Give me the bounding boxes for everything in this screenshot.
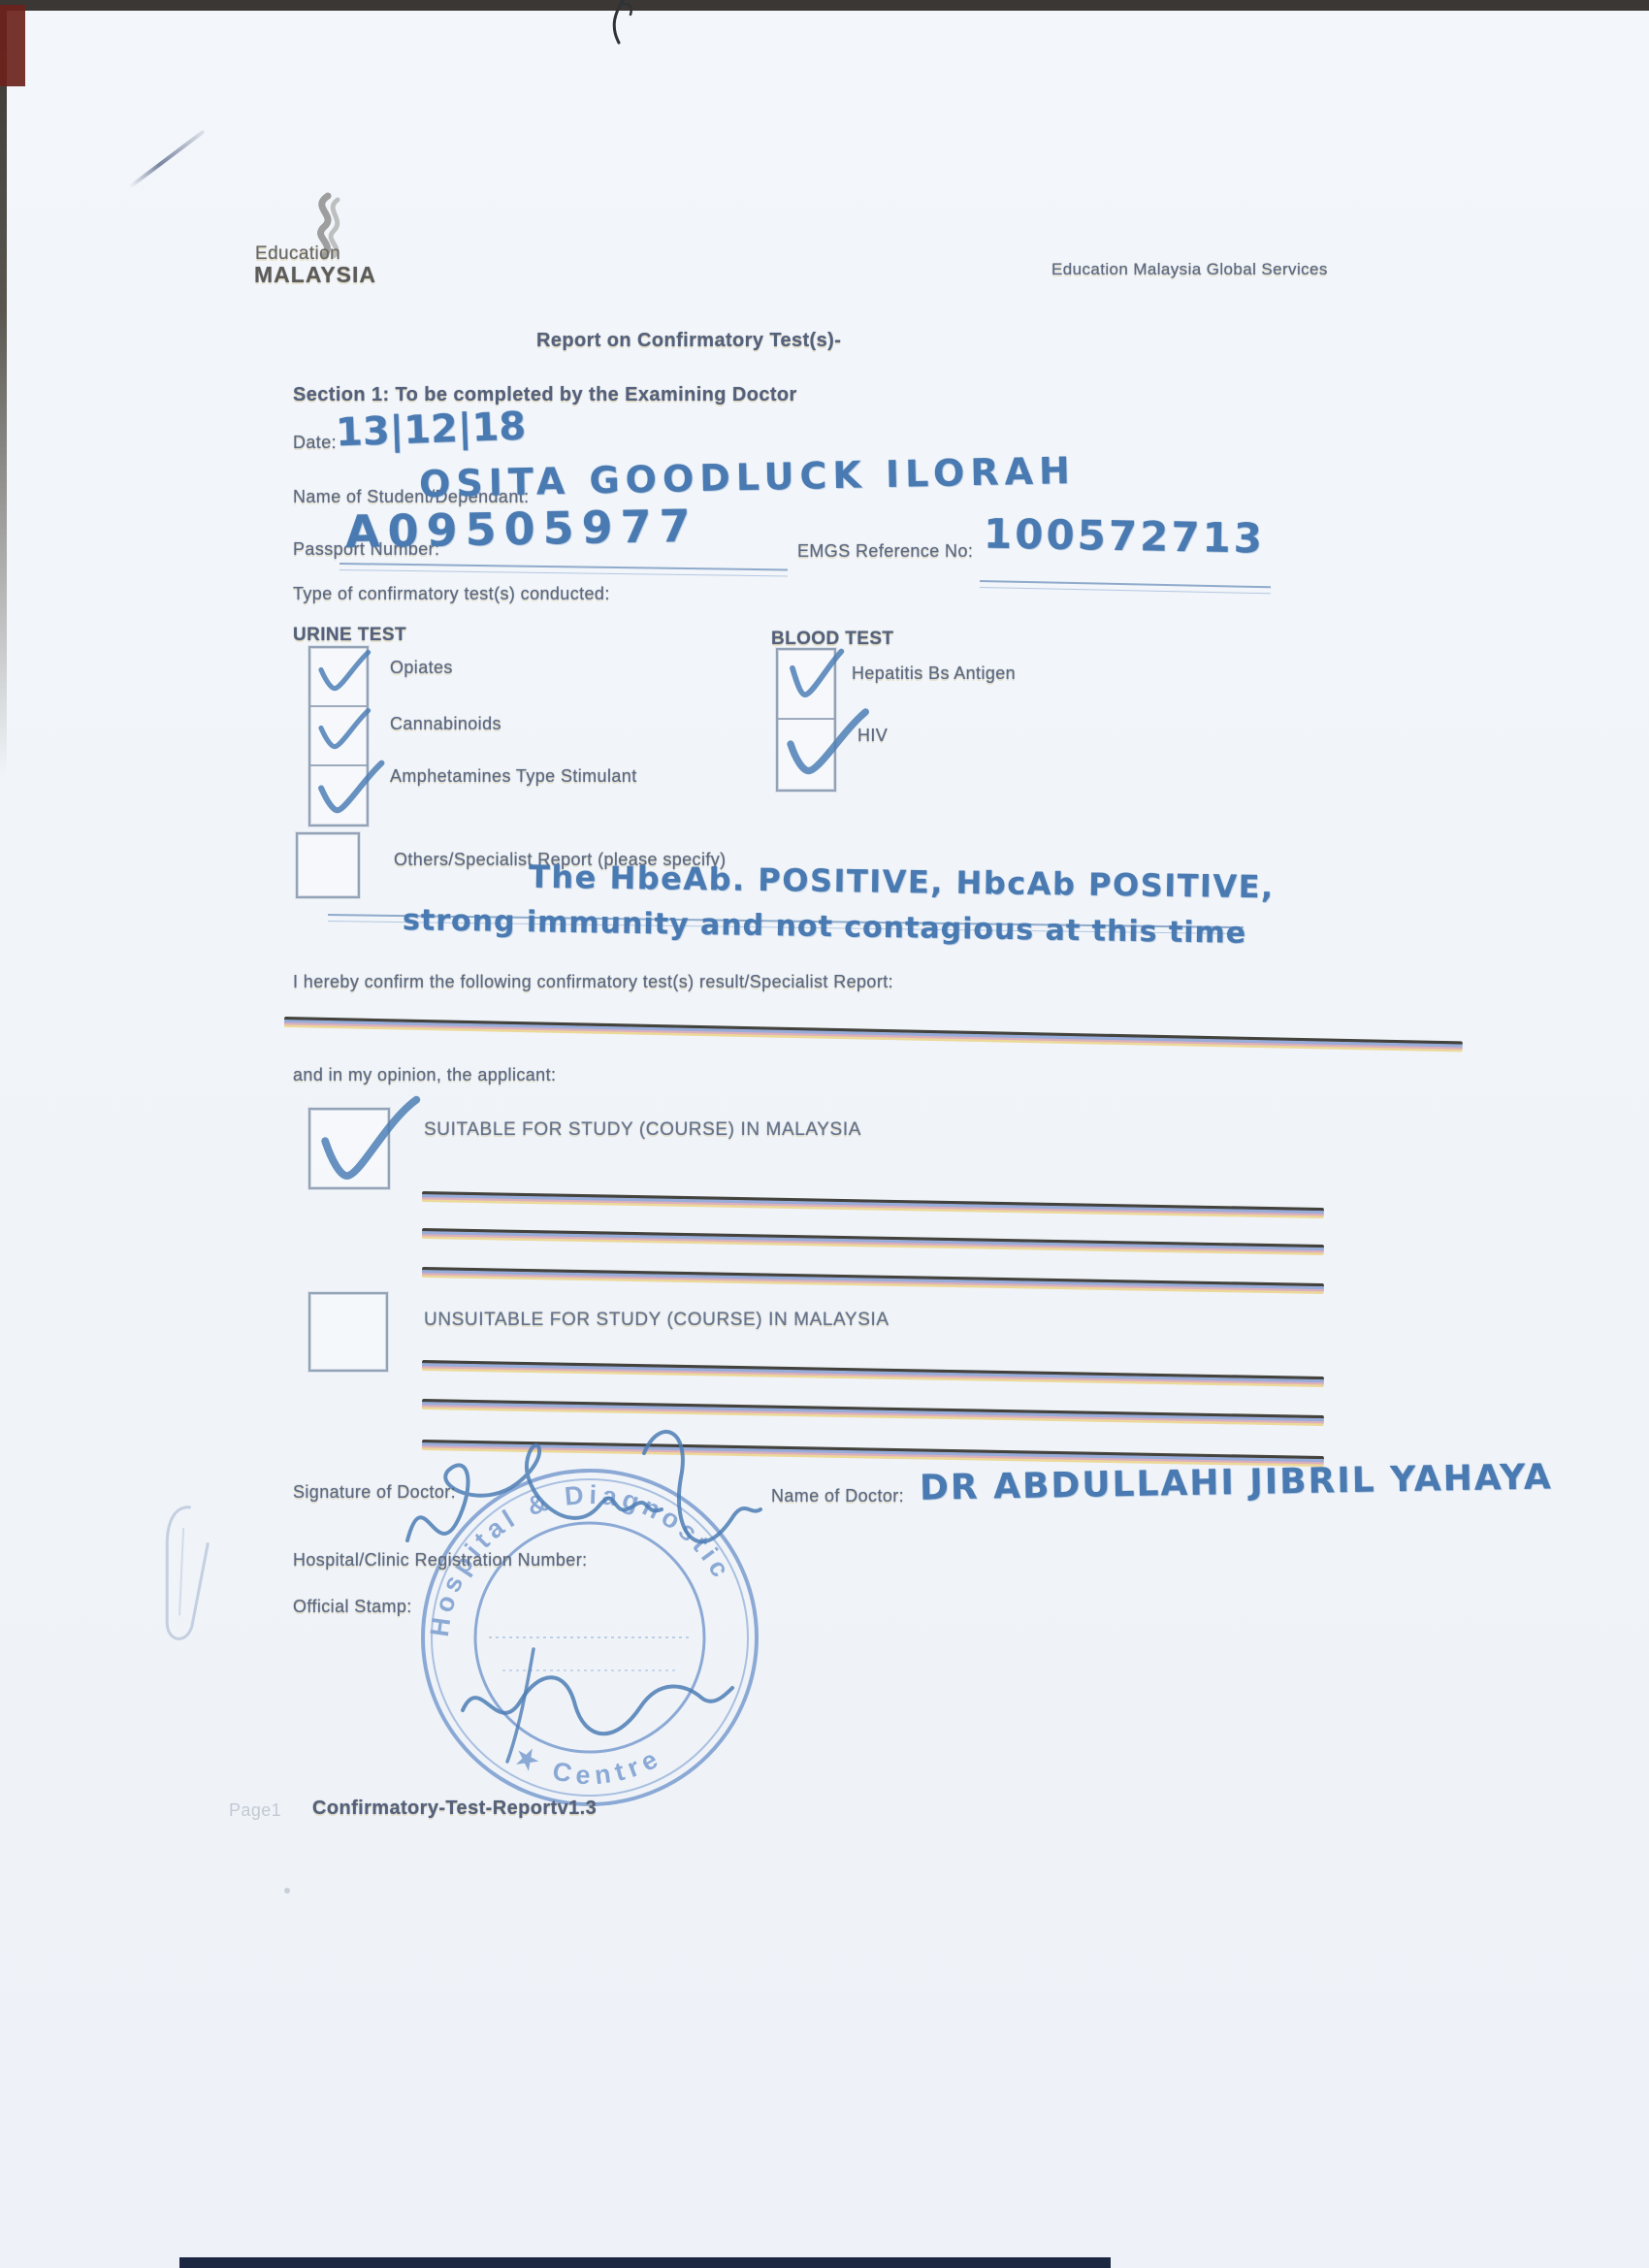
unsuitable-blank-line-2 — [422, 1399, 1324, 1426]
suitable-blank-line-1 — [422, 1191, 1324, 1218]
suitable-label: SUITABLE FOR STUDY (COURSE) IN MALAYSIA — [424, 1119, 861, 1141]
section-heading: Section 1: To be completed by the Examin… — [293, 384, 797, 406]
result-blank-line — [284, 1017, 1463, 1052]
suitable-blank-line-3 — [422, 1267, 1324, 1294]
date-value: 13|12|18 — [335, 405, 527, 456]
org-name: Education Malaysia Global Services — [1051, 260, 1328, 279]
stamp-signature — [441, 1637, 752, 1773]
stray-speck — [284, 1888, 290, 1894]
scan-edge-top — [0, 0, 1649, 11]
footer-page-number: Page1 — [229, 1800, 281, 1821]
urine-item-label-opiates: Opiates — [390, 658, 453, 678]
confirm-statement: I hereby confirm the following confirmat… — [293, 972, 893, 992]
checkmark-hepatitis-icon — [780, 644, 850, 706]
registration-label: Hospital/Clinic Registration Number: — [293, 1550, 588, 1571]
unsuitable-checkbox — [308, 1292, 388, 1372]
date-label: Date: — [293, 433, 337, 453]
others-note-line1: The HbeAb. POSITIVE, HbcAb POSITIVE, — [529, 859, 1275, 906]
doctor-name-label: Name of Doctor: — [771, 1486, 904, 1507]
paperclip-mark — [137, 1495, 223, 1657]
tests-heading: Type of confirmatory test(s) conducted: — [293, 584, 610, 604]
checkmark-suitable-icon — [314, 1092, 423, 1185]
passport-value: A09505977 — [345, 500, 699, 558]
pen-mark-top — [594, 0, 642, 47]
passport-underline — [339, 563, 788, 576]
urine-test-title: URINE TEST — [293, 625, 406, 646]
signature-label: Signature of Doctor: — [293, 1482, 456, 1503]
checkmark-opiates-icon — [312, 644, 374, 700]
page-title: Report on Confirmatory Test(s)- — [536, 330, 841, 352]
footer-doc-reference: Confirmatory-Test-Reportv1.3 — [312, 1798, 597, 1820]
emgs-underline — [980, 580, 1271, 594]
emgs-value: 100572713 — [984, 509, 1266, 562]
scan-edge-left — [0, 0, 7, 776]
urine-item-label-cannabinoids: Cannabinoids — [390, 714, 501, 734]
pencil-mark — [128, 130, 205, 189]
opinion-intro: and in my opinion, the applicant: — [293, 1065, 556, 1085]
suitable-blank-line-2 — [422, 1228, 1324, 1255]
checkmark-amphetamines-icon — [312, 759, 386, 821]
unsuitable-label: UNSUITABLE FOR STUDY (COURSE) IN MALAYSI… — [424, 1310, 889, 1331]
blood-item-label-hiv: HIV — [857, 726, 888, 746]
others-note-line2: strong immunity and not contagious at th… — [403, 903, 1247, 951]
others-checkbox — [296, 832, 360, 898]
student-name-value: OSITA GOODLUCK ILORAH — [419, 449, 1077, 505]
unsuitable-blank-line-1 — [422, 1360, 1324, 1387]
blood-item-label-hepatitis: Hepatitis Bs Antigen — [852, 664, 1016, 684]
scan-edge-bottom-bar — [179, 2257, 1111, 2268]
doctor-name-value: DR ABDULLAHI JIBRIL YAHAYA — [920, 1457, 1553, 1507]
emgs-label: EMGS Reference No: — [797, 541, 973, 562]
scan-corner-red-block — [0, 5, 25, 86]
checkmark-hiv-icon — [780, 706, 869, 782]
logo-text-line2: MALAYSIA — [254, 262, 376, 288]
scanned-document-page: Education MALAYSIA Education Malaysia Gl… — [0, 0, 1649, 2268]
urine-item-label-amphetamines: Amphetamines Type Stimulant — [390, 766, 637, 787]
stamp-label: Official Stamp: — [293, 1597, 412, 1617]
checkmark-cannabinoids-icon — [312, 702, 374, 759]
